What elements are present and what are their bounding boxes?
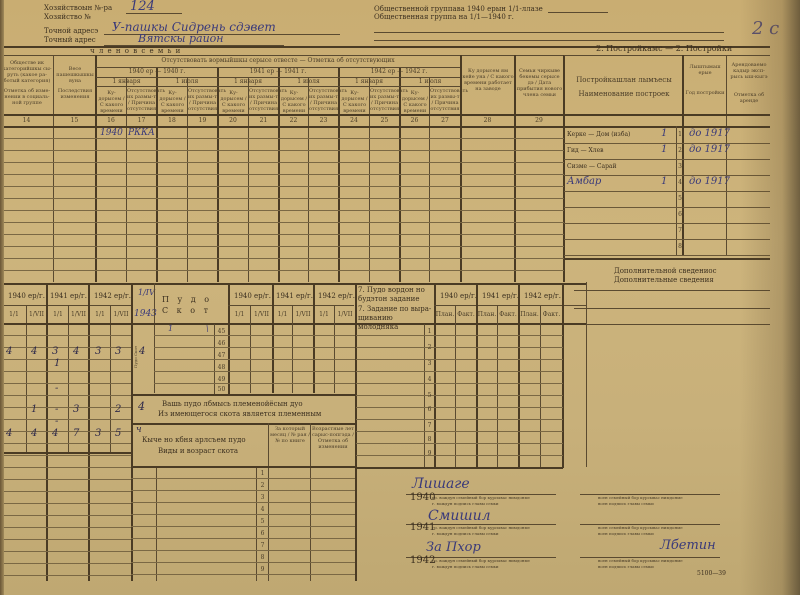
address-label-1: Точной адресэ	[44, 27, 98, 35]
species-rownum-6: 6	[257, 530, 268, 537]
col18-header: Ку-дорысем / С какого времени	[158, 90, 187, 114]
date2-1942-jan: 1/1	[314, 311, 334, 318]
livestock2-year-1940: 1940 ер/г.	[234, 292, 271, 300]
col24-header: Ку-дорысем / С какого времени	[340, 90, 369, 114]
livestock-side-label: Пудо Скот	[133, 327, 143, 387]
date2-1940-jul: 1/VII	[251, 311, 272, 318]
plan-header-1: 7. Пудо вордон но будэтон задание	[358, 286, 434, 304]
plan-rownum-9: 9	[425, 450, 434, 457]
period-1941-label: 1941 ер — 1941 г.	[218, 69, 338, 75]
species-rownum-1: 1	[257, 470, 268, 477]
livestock-title-2: С к о т	[162, 307, 211, 315]
form-code: 5100—39	[697, 570, 726, 578]
social-group-line2: Общественная группа на 1/1—1940 г.	[374, 13, 514, 21]
plan-rownum-4: 4	[425, 376, 434, 383]
plan-rownum-1: 1	[425, 328, 434, 335]
caption-1940-left-2: г. вождун подпись главы семьи	[432, 501, 499, 507]
col-num-18: 18	[157, 117, 187, 124]
date2-1942-jul: 1/VII	[335, 311, 355, 318]
plan-1942-plan: План.	[519, 311, 540, 318]
plan-1941-fact: Факт.	[498, 311, 518, 318]
col-num-28: 28	[461, 117, 514, 124]
date2-1941-jul: 1/VII	[293, 311, 313, 318]
building-row-6: 6	[564, 207, 770, 224]
caption-1942-right-2: воен подпись главы семьи	[598, 564, 654, 570]
buildings-name-header-2: Наименование построек	[566, 88, 682, 100]
building-num: 6	[677, 211, 683, 218]
value-r3-c2: 4	[31, 346, 37, 357]
value-r8-c6: 2	[115, 404, 121, 415]
plan-rownum-5: 5	[425, 392, 434, 399]
buildings-rent-header-1: Арендоваемо кадыр эксп-рысь ыш-кыгэ	[728, 62, 770, 80]
building-name: Гид — Хлев	[567, 147, 604, 155]
col22-header: Ку-дорысем / С какого времени	[280, 90, 308, 114]
building-count: 1	[661, 144, 667, 155]
value-r9-c3: -	[55, 416, 58, 427]
caption-1942-left-2: г. вождун подпись главы семьи	[432, 564, 499, 570]
address-value-line2: Вятскы район	[138, 32, 224, 45]
col23-header: Отсутствовать их размы-т / Причина отсут…	[309, 88, 338, 112]
building-row-8: 8	[564, 239, 770, 256]
breeding-text-2: Из имеющегося скота является племенным	[158, 410, 321, 418]
building-row-4: Амбар 1 4 до 1917	[564, 175, 770, 192]
value-r3-c4: 4	[73, 346, 79, 357]
livestock2-year-1941: 1941 ер/г.	[276, 292, 313, 300]
page-mark: 2 с	[752, 18, 779, 39]
date-1942-jul: 1/VII	[111, 311, 131, 318]
species-header-1: Кыче но кбня арлсъем пудо	[142, 436, 246, 444]
value-r3-c5: 3	[95, 346, 101, 357]
breeding-text-1: Вашь пудо лбмысь племенойёсын дуо	[162, 400, 303, 408]
building-num: 5	[677, 195, 683, 202]
species-rownum-2: 2	[257, 482, 268, 489]
signature-1942: За Пхор	[426, 540, 481, 555]
value-r10-c1: 4	[6, 428, 12, 439]
col-num-14: 14	[0, 117, 53, 124]
value-r3-c3: 3	[52, 346, 58, 357]
col14-header-b: Отметка об изме-нении в социаль-ной груп…	[2, 88, 52, 106]
date2-1940-jan: 1/1	[229, 311, 250, 318]
species-rows-grid	[131, 467, 355, 581]
buildings-rows: Керке — Дом (изба) 1 1 до 1917 Гид — Хле…	[564, 127, 770, 255]
date-1940-jan: 1 января	[97, 79, 156, 85]
building-count: 1	[661, 128, 667, 139]
value-r8-c4: 3	[73, 404, 79, 415]
plan-1942-fact: Факт.	[541, 311, 562, 318]
building-year: до 1917	[689, 176, 730, 187]
plan-year-1940: 1940 ер/г.	[440, 292, 477, 300]
species-rownum-3: 3	[257, 494, 268, 501]
signature-1940: Лишаге	[412, 476, 470, 492]
plan-rownum-8: 8	[425, 436, 434, 443]
plan-rownum-6: 6	[425, 406, 434, 413]
value-r4-c3: 1	[54, 358, 60, 369]
period-1940-label: 1940 ер — 1940 г.	[97, 69, 217, 75]
col-num-22: 22	[279, 117, 308, 124]
value-r10-c3: 4	[52, 428, 58, 439]
date-1941-jan: 1/1	[48, 311, 68, 318]
entry-1-col17: РККА	[128, 128, 155, 138]
building-row-1: Керке — Дом (изба) 1 1 до 1917	[564, 127, 770, 144]
family-rows-grid	[0, 127, 564, 282]
buildings-name-header-1: Постройкашлан лымъесы	[566, 74, 682, 86]
col20-header: Ку-дорысем / С какого времени	[219, 90, 248, 114]
signature-1941: Смишил	[428, 508, 491, 524]
building-num: 1	[677, 131, 683, 138]
value-r10-c6: 5	[115, 428, 121, 439]
building-row-2: Гид — Хлев 1 2 до 1917	[564, 143, 770, 160]
col-num-29: 29	[515, 117, 563, 124]
col-num-26: 26	[400, 117, 429, 124]
building-year: до 1917	[689, 128, 730, 139]
entry-1-col16: 1940	[100, 128, 123, 138]
value-r6-c3: -	[55, 383, 58, 394]
address-label-2: Точный адрес	[44, 36, 96, 44]
value-r3-c6: 3	[115, 346, 121, 357]
plan-year-1942: 1942 ер/г.	[524, 292, 561, 300]
species-header-2: Виды и возраст скота	[158, 447, 238, 455]
date-1942-jan: 1/1	[90, 311, 110, 318]
buildings-title: 2. Постройкамс — 2. Постройки	[596, 45, 732, 53]
col-num-16: 16	[96, 117, 126, 124]
species-rownum-9: 9	[257, 566, 268, 573]
building-num: 8	[677, 243, 683, 250]
plan-rownum-2: 2	[425, 344, 434, 351]
date-1941-jul: 1/VII	[69, 311, 88, 318]
buildings-year-header-1: Лыштымаш ерые	[684, 64, 726, 76]
species-rownum-8: 8	[257, 554, 268, 561]
family-section-title: ч л е н о в с е м ь и	[90, 47, 181, 55]
household-register-page: Хозяйствоын №-ра 124 Хозяйство № Точной …	[0, 0, 800, 595]
col29-header: Семьи чиркыве бекемы серысе дэ / Дата пр…	[516, 68, 563, 98]
livestock-year-1941: 1941 ер/г.	[50, 292, 87, 300]
mid-header-top: 1/IV	[138, 288, 155, 297]
value-r3-c1: 4	[6, 346, 12, 357]
additional-title-2: Дополнительные сведения	[614, 276, 714, 284]
building-name: Амбар	[567, 176, 601, 187]
plan-1941-plan: План.	[477, 311, 497, 318]
col-num-19: 19	[188, 117, 217, 124]
col-num-23: 23	[309, 117, 338, 124]
col25-header: Отсутствовать их размы-т / Причина отсут…	[370, 88, 399, 112]
livestock-title-1: П у д о	[162, 296, 212, 304]
building-row-5: 5	[564, 191, 770, 208]
plan-rownum-7: 7	[425, 422, 434, 429]
col-num-21: 21	[249, 117, 278, 124]
col-num-25: 25	[370, 117, 399, 124]
plan-rows-grid	[356, 324, 563, 468]
building-num: 2	[677, 147, 683, 154]
date-1940-jan: 1/1	[2, 311, 26, 318]
col-num-17: 17	[127, 117, 156, 124]
building-name: Сизме — Сарай	[567, 163, 616, 171]
date-1940-jul: 1/VII	[27, 311, 46, 318]
col17-header: Отсутствовать их размы-т / Причина отсут…	[127, 88, 156, 112]
date-1940-jul: 1 июля	[157, 79, 217, 85]
building-year: до 1917	[689, 144, 730, 155]
signature-1942-right: Лбетин	[660, 538, 716, 553]
building-num: 3	[677, 163, 683, 170]
col28-header: Ку дорысем ям кейе уна / С какого времен…	[462, 68, 514, 92]
value-r8-c2: 1	[31, 404, 37, 415]
col-num-24: 24	[339, 117, 369, 124]
buildings-year-header-2: Год постройки	[684, 90, 726, 96]
date-1941-jul: 1 июля	[279, 79, 338, 85]
date-1942-jan: 1 января	[339, 79, 399, 85]
caption-1941-right-2: воен подпись главы семьи	[598, 531, 654, 537]
household-label-1: Хозяйствоын №-ра	[44, 4, 112, 12]
date-1942-jul: 1 июля	[400, 79, 460, 85]
species-col3-header: Возрастные лет сарыс-попгэда / Отметка о…	[312, 426, 354, 450]
col-num-15: 15	[54, 117, 95, 124]
col21-header: Отсутствовать их размы-т / Причина отсут…	[249, 88, 278, 112]
period-1942-label: 1942 ер — 1942 г.	[339, 69, 459, 75]
col14-header-a: Обществе ик категорийшкы сы-руть (какое …	[2, 60, 52, 84]
building-count: 1	[661, 176, 667, 187]
species-rownum-7: 7	[257, 542, 268, 549]
livestock2-grid	[229, 324, 355, 394]
col-num-20: 20	[218, 117, 248, 124]
livestock-mid-grid	[154, 324, 229, 394]
species-col2-header: За который месяц / № рая / № по книге	[270, 426, 310, 444]
plan-year-1941: 1941 ер/г.	[482, 292, 519, 300]
building-name: Керке — Дом (изба)	[567, 131, 630, 139]
plan-1940-fact: Факт.	[456, 311, 476, 318]
building-num: 7	[677, 227, 683, 234]
plan-rownum-3: 3	[425, 360, 434, 367]
additional-title-1: Дополнительной сведениос	[614, 267, 717, 275]
plan-1940-plan: План.	[435, 311, 455, 318]
absence-header: Отсутствовать вормыйшкы серысе отвесте —…	[97, 58, 459, 64]
col19-header: Отсутствовать их размы-т / Причина отсут…	[188, 88, 217, 112]
col15-header-a: Весе пашешкышкы вуна	[55, 66, 95, 84]
species-mark: ч	[136, 425, 142, 435]
livestock-year-1940: 1940 ер/г.	[8, 292, 45, 300]
col15-header-b: Последствия изменения	[55, 88, 95, 100]
livestock2-year-1942: 1942 ер/г.	[318, 292, 355, 300]
social-group-line1: Общественной группава 1940 ерын 1/1-ллаз…	[374, 5, 543, 13]
building-row-3: Сизме — Сарай 3	[564, 159, 770, 176]
mid-value-r3: 4	[139, 346, 145, 357]
col16-header: Ку-дорысем / С какого времени	[97, 90, 126, 114]
date2-1941-jan: 1/1	[273, 311, 292, 318]
col27-header: Отсутствовать их размы-т / Причина отсут…	[430, 88, 460, 112]
livestock-year-1942: 1942 ер/г.	[94, 292, 131, 300]
building-row-7: 7	[564, 223, 770, 240]
building-num: 4	[677, 179, 683, 186]
value-r8-c3: -	[55, 404, 58, 415]
buildings-rent-header-2: Отметка об аренде	[728, 92, 770, 104]
breeding-value: 4	[138, 400, 145, 413]
household-label-2: Хозяйство №	[44, 13, 91, 21]
species-rownum-5: 5	[257, 518, 268, 525]
value-r10-c2: 4	[31, 428, 37, 439]
value-r10-c4: 7	[73, 428, 79, 439]
caption-1940-right-2: воен подпись главы семьи	[598, 501, 654, 507]
left-binding-edge	[0, 0, 4, 595]
household-number: 124	[130, 0, 155, 14]
col26-header: Ку-дорысем / С какого времени	[401, 90, 429, 114]
col-num-27: 27	[430, 117, 460, 124]
date-1941-jan: 1 января	[218, 79, 278, 85]
value-r10-c5: 3	[95, 428, 101, 439]
species-rownum-4: 4	[257, 506, 268, 513]
caption-1941-left-2: г. вождун подпись главы семьи	[432, 531, 499, 537]
